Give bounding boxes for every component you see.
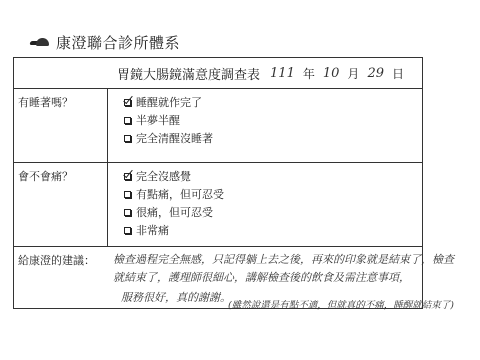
- suggestion-line: 檢查過程完全無感，只記得躺上去之後，再來的印象就是結束了，檢查: [113, 251, 454, 267]
- day-label: 日: [392, 65, 404, 82]
- option-asleep[interactable]: 睡醒就作完了: [124, 93, 213, 111]
- option-no-feeling[interactable]: 完全沒感覺: [124, 167, 224, 185]
- suggestion-label: 給康澄的建議：: [18, 252, 95, 268]
- suggestion-line: 就結束了，護理師很細心，講解檢查後的飲食及需注意事項，: [113, 269, 410, 285]
- suggestion-line: 服務很好，真的謝謝。: [121, 289, 231, 305]
- options-list: 完全沒感覺 有點痛，但可忍受 很痛，但可忍受 非常痛: [108, 163, 224, 246]
- option-fully-awake[interactable]: 完全清醒沒睡著: [124, 129, 213, 147]
- checkbox-icon[interactable]: [124, 117, 131, 124]
- clinic-brand: 康澄聯合診所體系: [30, 32, 180, 53]
- date-year[interactable]: 111: [270, 66, 295, 81]
- option-label: 睡醒就作完了: [136, 94, 202, 110]
- checkbox-icon[interactable]: [124, 209, 131, 216]
- checkbox-icon[interactable]: [124, 135, 131, 142]
- options-list: 睡醒就作完了 半夢半醒 完全清醒沒睡著: [108, 89, 213, 162]
- option-label: 半夢半醒: [136, 112, 180, 128]
- survey-form: 胃鏡大腸鏡滿意度調查表 111 年 10 月 29 日 有睡著嗎？ 睡醒就作完了…: [13, 57, 423, 309]
- checkbox-checked-icon[interactable]: [124, 173, 131, 180]
- option-half-awake[interactable]: 半夢半醒: [124, 111, 213, 129]
- option-slight-pain[interactable]: 有點痛，但可忍受: [124, 185, 224, 203]
- form-header: 胃鏡大腸鏡滿意度調查表 111 年 10 月 29 日: [14, 58, 422, 89]
- clinic-name: 康澄聯合診所體系: [56, 32, 180, 53]
- question-label: 有睡著嗎？: [14, 89, 108, 162]
- option-label: 完全沒感覺: [136, 168, 191, 184]
- option-extreme-pain[interactable]: 非常痛: [124, 221, 224, 239]
- suggestion-section: 給康澄的建議： 檢查過程完全無感，只記得躺上去之後，再來的印象就是結束了，檢查 …: [14, 247, 422, 309]
- year-label: 年: [303, 65, 315, 82]
- date-month[interactable]: 10: [323, 66, 340, 81]
- form-title: 胃鏡大腸鏡滿意度調查表: [117, 64, 260, 83]
- month-label: 月: [347, 65, 359, 82]
- question-label: 會不會痛？: [14, 163, 108, 246]
- question-pain: 會不會痛？ 完全沒感覺 有點痛，但可忍受 很痛，但可忍受 非常痛: [14, 163, 422, 247]
- option-label: 完全清醒沒睡著: [136, 130, 213, 146]
- checkbox-icon[interactable]: [124, 227, 131, 234]
- question-sleep: 有睡著嗎？ 睡醒就作完了 半夢半醒 完全清醒沒睡著: [14, 89, 422, 163]
- suggestion-note: (雖然說還是有點不適，但就真的不痛，睡醒就結束了): [228, 297, 454, 311]
- option-label: 很痛，但可忍受: [136, 204, 213, 220]
- bird-wing-logo-icon: [30, 38, 50, 47]
- option-very-painful-tolerable[interactable]: 很痛，但可忍受: [124, 203, 224, 221]
- option-label: 有點痛，但可忍受: [136, 186, 224, 202]
- option-label: 非常痛: [136, 222, 169, 238]
- date-day[interactable]: 29: [367, 66, 384, 81]
- checkbox-checked-icon[interactable]: [124, 99, 131, 106]
- checkbox-icon[interactable]: [124, 191, 131, 198]
